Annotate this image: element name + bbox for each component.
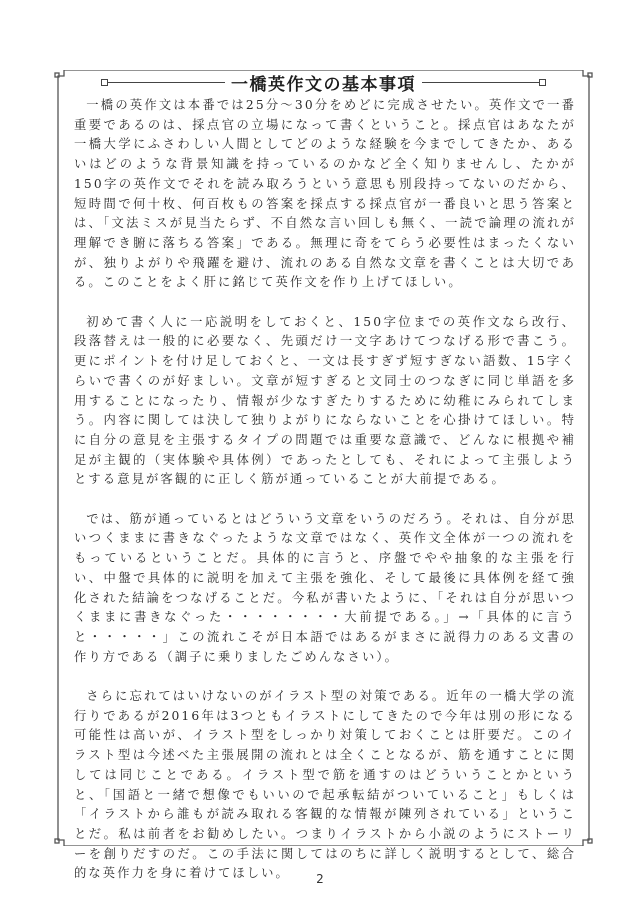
page-number: 2 <box>0 872 640 886</box>
title-rule-left <box>107 82 225 83</box>
square-ornament-icon <box>539 79 546 86</box>
title-rule-right <box>422 82 540 83</box>
paragraph-format: 初めて書く人に一応説明をしておくと、150字位までの英作文なら改行、段落替えは一… <box>74 313 576 490</box>
paragraph-illustration: さらに忘れてはいけないのがイラスト型の対策である。近年の一橋大学の流行りであるが… <box>74 687 576 884</box>
paragraph-basics: 一橋の英作文は本番では25分～30分をめどに完成させたい。英作文で一番重要である… <box>74 96 576 293</box>
paragraph-logic: では、筋が通っているとはどういう文章をいうのだろう。それは、自分が思いつくままに… <box>74 510 576 668</box>
document-body: 一橋の英作文は本番では25分～30分をめどに完成させたい。英作文で一番重要である… <box>74 96 576 884</box>
title-bar: 一橋英作文の基本事項 <box>52 72 595 92</box>
square-ornament-icon <box>101 79 108 86</box>
page-title: 一橋英作文の基本事項 <box>225 70 422 95</box>
document-frame: 一橋英作文の基本事項 一橋の英作文は本番では25分～30分をめどに完成させたい。… <box>52 70 595 846</box>
